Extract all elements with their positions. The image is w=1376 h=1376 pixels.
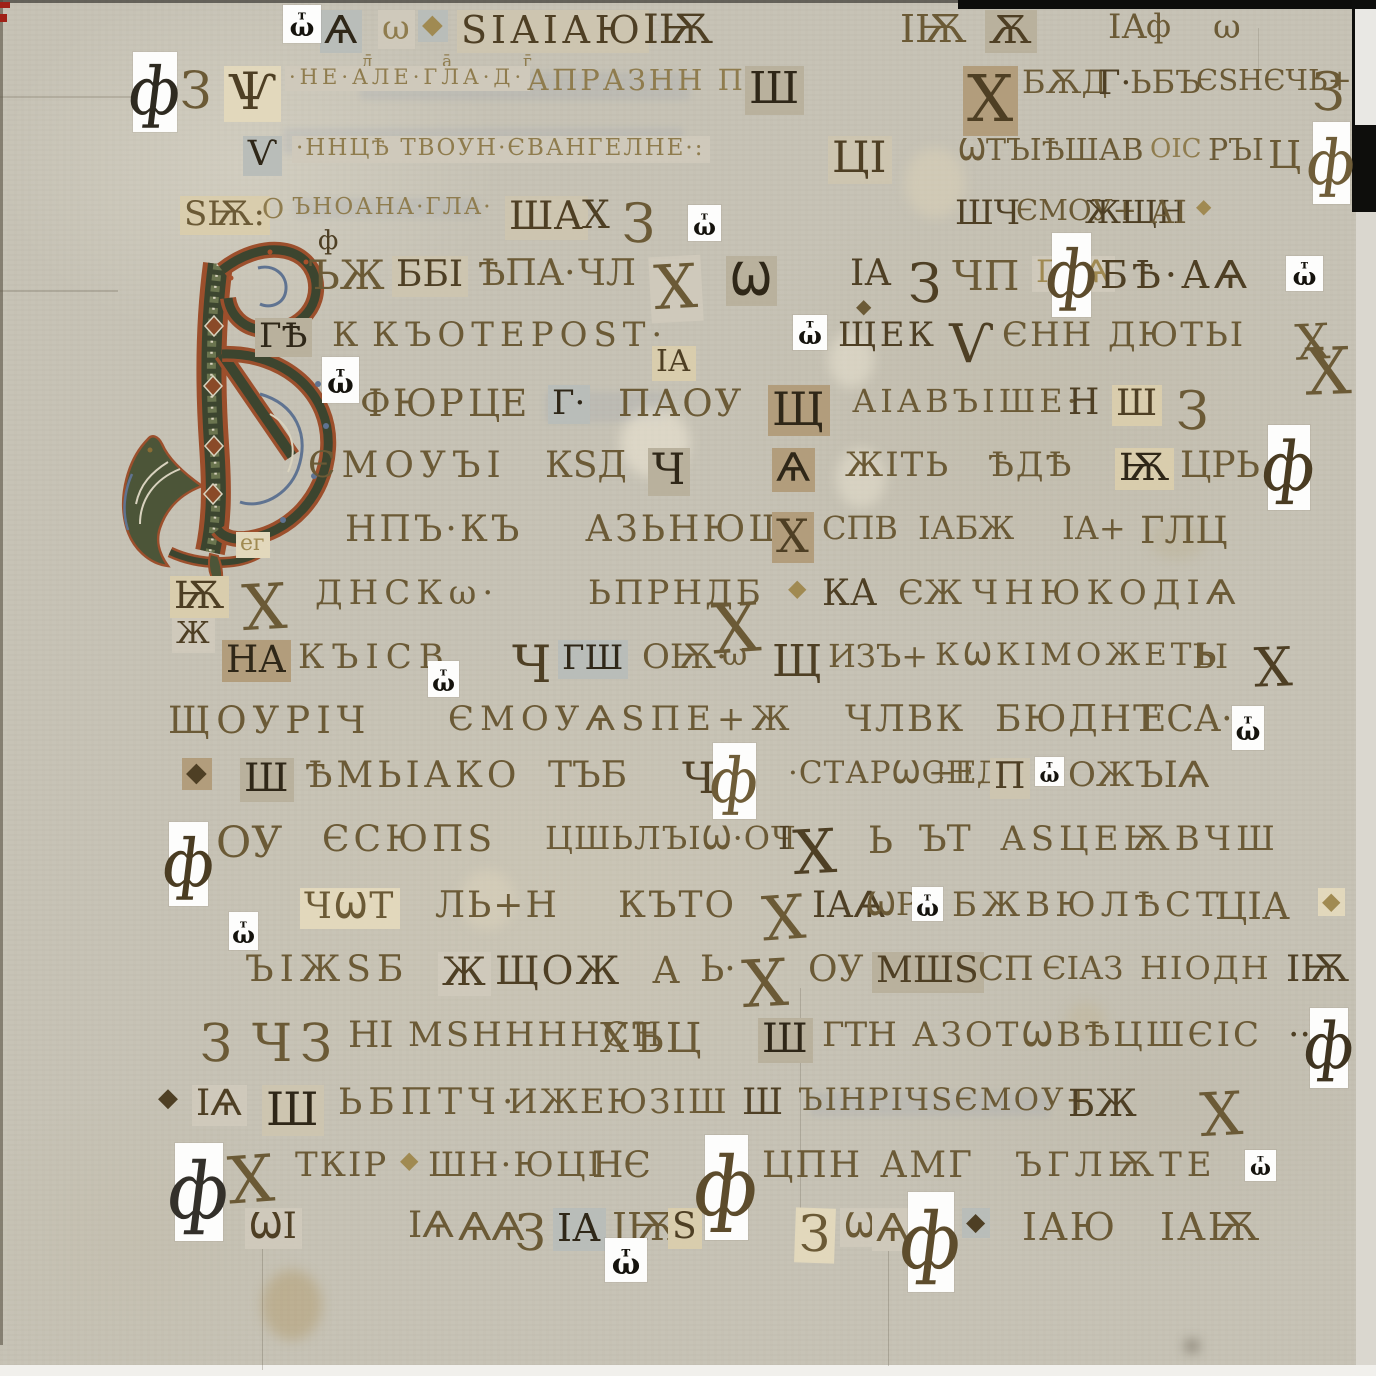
letter-fragment: Х <box>1198 1084 1244 1147</box>
fert-letter-icon: ф <box>159 834 218 893</box>
left-edge-line <box>0 0 3 1345</box>
letter-fragment: З <box>179 65 213 119</box>
fert-letter-icon: ф <box>1300 1019 1357 1077</box>
letter-fragment: ѠІ <box>245 1208 302 1249</box>
letter-fragment: З <box>299 1017 333 1071</box>
letter-fragment: ЪТ <box>918 822 971 859</box>
letter-fragment: ЧНЮКОДІѦ <box>972 576 1242 611</box>
crease-h-2 <box>0 290 118 292</box>
letter-fragment: Г· <box>1098 66 1131 101</box>
letter-fragment: ЩЕК <box>838 318 937 353</box>
pasted-omega-titlo-glyph: тω <box>605 1238 647 1282</box>
letter-fragment: ◆ <box>400 1148 418 1172</box>
letter-fragment: ◆ <box>418 10 448 42</box>
letter-fragment: ЦПН <box>762 1148 862 1185</box>
letter-fragment: ЪІЖЅБ <box>245 952 409 989</box>
omega-titlo-icon: тω <box>1040 762 1060 781</box>
letter-fragment: З <box>1311 65 1346 120</box>
letter-fragment: Ч <box>252 1018 292 1071</box>
letter-fragment: ѠТЪІѢШАВ <box>958 136 1144 167</box>
letter-fragment: ІѬ <box>900 10 967 49</box>
letter-fragment: ω <box>1213 10 1241 45</box>
letter-fragment: БЮДНТ <box>995 702 1159 739</box>
letter-fragment: ЬБПТЧ· <box>338 1085 519 1122</box>
pasted-fert-glyph: ф <box>713 743 756 819</box>
letter-fragment: ѢПА· <box>478 256 576 293</box>
letter-fragment: ЄСЮПЅ <box>322 822 496 859</box>
letter-fragment: БЖ <box>1068 1085 1137 1123</box>
letter-fragment: ·НЕ·АЛЕ·ГЛА·Д· <box>285 66 530 91</box>
crease-h-1 <box>0 96 140 98</box>
letter-fragment: ОѬ· <box>642 640 727 675</box>
pasted-fert-glyph: ф <box>705 1135 748 1240</box>
fert-letter-icon: ф <box>1259 437 1320 498</box>
letter-fragment: Ш <box>1112 385 1162 426</box>
letter-fragment: ЄМОУЪІ <box>308 448 507 485</box>
letter-fragment: ◆ <box>962 1208 990 1238</box>
pasted-fert-glyph: ф <box>133 52 177 132</box>
letter-fragment: АІАВЪІШЕ· <box>852 385 1081 418</box>
omega-titlo-icon: тω <box>432 669 455 690</box>
right-white-patch <box>1355 9 1376 125</box>
letter-fragment: З <box>621 195 657 252</box>
letter-fragment: ІА+ <box>1062 512 1126 545</box>
pasted-omega-titlo-glyph: тω <box>1245 1150 1276 1181</box>
letter-fragment: РЪІ <box>1208 136 1264 167</box>
letter-fragment: ІА <box>850 256 891 293</box>
pasted-omega-titlo-glyph: тω <box>688 205 721 241</box>
letter-fragment: Ш <box>758 1018 813 1063</box>
pasted-omega-titlo-glyph: тω <box>322 357 359 403</box>
parchment-stain-0 <box>262 1270 322 1340</box>
letter-fragment: ω <box>378 10 415 49</box>
letter-fragment: НІ <box>348 1018 394 1055</box>
letter-fragment: ЅІАІАЮ <box>457 10 649 53</box>
letter-fragment: ОУ <box>216 822 282 866</box>
letter-fragment: З <box>794 1207 836 1263</box>
letter-fragment: НІОДН <box>1140 952 1271 985</box>
letter-fragment: ЦШЬЛЪІѠ·ОЧ <box>545 822 797 855</box>
letter-fragment: ІАЮ <box>1022 1208 1117 1247</box>
letter-fragment: І <box>778 822 791 855</box>
letter-fragment: Н <box>1068 385 1099 422</box>
letter-fragment: Ш <box>262 1085 324 1136</box>
letter-fragment: ИЗЪ+ <box>828 640 928 673</box>
letter-fragment: АМГ <box>880 1148 974 1185</box>
letter-fragment: Ѵ <box>243 136 282 176</box>
letter-fragment: ПАОУ <box>618 385 743 423</box>
letter-fragment: ◆ <box>182 758 212 790</box>
letter-fragment: ЦЕ <box>468 385 527 423</box>
letter-fragment: ЪІНРІЧЅЄМОУ+ <box>798 1085 1093 1117</box>
letter-fragment: ω <box>722 640 747 672</box>
letter-fragment: ЅѬ: <box>180 196 270 235</box>
letter-fragment: ег <box>236 532 270 558</box>
letter-fragment: ДЮТЬІ <box>1108 318 1245 353</box>
pasted-omega-titlo-glyph: тω <box>1232 706 1264 750</box>
letter-fragment: ББІ <box>392 256 468 297</box>
letter-fragment: СПВ <box>822 512 898 545</box>
letter-fragment: ТЪБ <box>548 758 627 795</box>
letter-fragment: КЪОТЕРОЅТ· <box>372 318 668 353</box>
letter-fragment: ф <box>318 228 338 255</box>
letter-fragment: ІАБЖ <box>918 512 1014 545</box>
pasted-omega-titlo-glyph: тω <box>912 887 943 921</box>
letter-fragment: Х <box>1304 339 1353 407</box>
fert-letter-icon: ф <box>126 62 185 121</box>
letter-fragment: ГѢ <box>255 318 312 357</box>
letter-fragment: ф <box>1146 10 1171 43</box>
letter-fragment: ЦІА <box>1215 888 1290 926</box>
letter-fragment: ІѦ <box>408 1208 454 1245</box>
bottom-white-strip <box>0 1365 1376 1376</box>
letter-fragment: З <box>199 1017 234 1072</box>
letter-fragment: БЖВЮЛѢСТ <box>952 888 1224 923</box>
fert-letter-icon: ф <box>896 1207 966 1277</box>
letter-fragment: ЪНОАНА·ГЛА· <box>292 196 493 219</box>
ruling-v-3 <box>888 1238 889 1366</box>
letter-fragment: Ѱ <box>224 66 281 122</box>
pasted-fert-glyph: ф <box>1052 233 1091 317</box>
omega-titlo-icon: тω <box>290 12 315 35</box>
letter-fragment: ІАѬ <box>1160 1208 1261 1247</box>
letter-fragment: Х <box>648 255 704 324</box>
letter-fragment: ІѦ <box>192 1085 247 1126</box>
letter-fragment: ЛЬ+Н <box>435 888 559 925</box>
letter-fragment: ГТН <box>822 1018 897 1053</box>
letter-fragment: П <box>990 758 1030 799</box>
fert-letter-icon: ф <box>1304 135 1359 191</box>
letter-fragment: ◆ <box>856 296 871 316</box>
letter-fragment: ГЛЦ <box>1140 512 1228 550</box>
letter-fragment: КѠКІМОЖЕТЬ <box>935 640 1220 672</box>
letter-fragment: ІА <box>553 1208 606 1251</box>
letter-fragment: НЄ <box>592 1148 651 1185</box>
letter-fragment: ◆ <box>788 576 806 600</box>
letter-fragment: ЬБЪ <box>1130 66 1201 99</box>
fert-letter-icon: ф <box>707 753 762 809</box>
letter-fragment: А <box>652 952 680 990</box>
letter-fragment: Х <box>760 887 808 952</box>
letter-fragment: Х <box>240 575 288 642</box>
letter-fragment: Ь <box>868 822 893 860</box>
letter-fragment: ЪГЛѬТЕ <box>1015 1148 1217 1183</box>
letter-fragment: ІА <box>652 346 696 381</box>
letter-fragment: Ж <box>438 952 491 996</box>
letter-fragment: ФЮР <box>360 385 466 423</box>
manuscript-page: Ѧω◆ЅІАІАЮІѬІѬѪІАфωд̄а̄г̄ЗѰ·НЕ·АЛЕ·ГЛА·Д·… <box>0 0 1376 1376</box>
letter-fragment: Х <box>1253 639 1293 695</box>
red-mark-1 <box>0 2 10 8</box>
omega-titlo-icon: тω <box>916 894 939 915</box>
letter-fragment: ОЖ <box>1068 758 1134 793</box>
letter-fragment: ◆ <box>158 1085 178 1112</box>
letter-fragment: ◆ <box>1196 196 1211 216</box>
letter-fragment: ѠР <box>866 888 917 921</box>
letter-fragment: МШЅ <box>872 952 984 993</box>
pasted-fert-glyph: ф <box>1313 122 1350 204</box>
pasted-omega-titlo-glyph: тω <box>428 661 459 697</box>
omega-titlo-icon: тω <box>798 321 822 343</box>
letter-fragment: ІѬ <box>1286 952 1349 989</box>
letter-fragment: Щ <box>772 640 822 685</box>
letter-fragment: Ѫ <box>985 10 1037 53</box>
letter-fragment: Ч <box>512 640 551 692</box>
letter-fragment: З <box>907 255 943 311</box>
letter-fragment: З <box>514 1207 548 1260</box>
letter-fragment: К <box>332 318 358 353</box>
pasted-omega-titlo-glyph: тω <box>793 315 827 350</box>
pasted-fert-glyph: ф <box>1310 1008 1348 1088</box>
letter-fragment: ІА <box>1108 10 1147 45</box>
pasted-omega-titlo-glyph: тω <box>229 912 258 950</box>
letter-fragment: ШН·ЮЦІ <box>428 1148 603 1183</box>
fert-letter-icon: ф <box>1042 245 1101 304</box>
letter-fragment: Ч <box>648 448 690 496</box>
letter-fragment: СП <box>978 952 1034 987</box>
right-light-edge <box>1356 212 1376 1376</box>
letter-fragment: ГШ <box>558 640 628 679</box>
letter-fragment: ЄНН <box>1002 318 1093 353</box>
letter-fragment: ШЧ <box>955 196 1020 231</box>
parchment-stain-8 <box>1185 1340 1199 1352</box>
letter-fragment: Щ <box>768 385 830 436</box>
letter-fragment: ЬІ <box>1192 640 1228 675</box>
letter-fragment: ЧП <box>952 256 1019 298</box>
letter-fragment: БѪД <box>1022 66 1107 99</box>
letter-fragment: АЗЬНЮШ <box>585 512 792 549</box>
letter-fragment: ЕСА· <box>1140 702 1233 739</box>
letter-fragment: ѢМЬІАКО <box>305 758 520 795</box>
letter-fragment: Ш <box>240 758 294 802</box>
pasted-fert-glyph: ф <box>1268 425 1310 510</box>
letter-fragment: ОІС <box>1150 136 1201 163</box>
omega-titlo-icon: тω <box>1250 1156 1271 1175</box>
letter-fragment: Ѭ <box>1115 448 1174 490</box>
letter-fragment: НПЪ·КЪ <box>345 512 522 549</box>
letter-fragment: Х <box>740 951 790 1020</box>
red-mark-2 <box>0 14 7 22</box>
letter-fragment: ЦРЬ <box>1180 448 1260 485</box>
omega-titlo-icon: тω <box>1293 262 1317 284</box>
letter-fragment: ЧѠТ <box>300 888 400 929</box>
letter-fragment: Х <box>582 196 610 236</box>
pasted-omega-titlo-glyph: тω <box>283 5 321 43</box>
letter-fragment: ІѬ <box>643 10 713 51</box>
letter-fragment: ЦІ <box>828 136 892 184</box>
letter-fragment: НА <box>222 640 291 682</box>
letter-fragment: ЄІАЗ <box>1042 952 1123 985</box>
letter-fragment: ША <box>505 196 588 240</box>
letter-fragment: КЅД <box>545 448 627 485</box>
letter-fragment: Х <box>791 821 838 885</box>
pasted-omega-titlo-glyph: тω <box>1035 757 1064 786</box>
fert-letter-icon: ф <box>690 1151 763 1225</box>
letter-fragment: О <box>262 196 284 224</box>
letter-fragment: ИЖЕЮЗІШ <box>508 1085 729 1120</box>
letter-fragment: Ш <box>742 1085 783 1122</box>
letter-fragment: Ь· <box>700 952 736 989</box>
letter-fragment: Ш <box>745 66 804 115</box>
letter-fragment: ДНСКω· <box>315 576 499 611</box>
letter-fragment: Х <box>963 66 1018 136</box>
letter-fragment: АЗОТѠВѢЦШЄІС <box>912 1018 1262 1053</box>
letter-fragment: БѢ·АѦ <box>1100 256 1251 295</box>
letter-fragment: ЖІТЬ <box>845 448 950 483</box>
letter-fragment: ОУ <box>808 952 864 989</box>
letter-fragment: ѢДѢ <box>988 448 1073 483</box>
letter-fragment: ЪЖ <box>308 256 385 297</box>
letter-fragment: КЪТО <box>618 888 736 925</box>
letter-fragment: Ж <box>172 618 215 653</box>
letter-fragment: ЧЛВК <box>845 702 965 739</box>
letter-fragment: З <box>1175 384 1211 440</box>
letter-fragment: ЩОУРІЧ <box>168 702 371 740</box>
pasted-fert-glyph: ф <box>908 1192 954 1292</box>
letter-fragment: Ѭ <box>170 576 229 618</box>
fert-letter-icon: ф <box>164 1157 234 1227</box>
letter-fragment: ЧЛ <box>578 256 636 293</box>
letter-fragment: ЄЖ <box>898 576 962 611</box>
omega-titlo-icon: тω <box>1236 716 1261 739</box>
letter-fragment: Г· <box>548 385 590 424</box>
pasted-fert-glyph: ф <box>175 1143 223 1241</box>
letter-fragment: АЅЦЕѬВЧШ <box>1000 822 1280 857</box>
letter-fragment: Ѧ <box>772 448 815 492</box>
letter-fragment: Ѡ <box>726 256 777 306</box>
letter-fragment: ХЪЦ <box>600 1018 704 1060</box>
letter-fragment: ТКІР <box>295 1148 388 1183</box>
letter-fragment: КА <box>822 576 877 613</box>
omega-titlo-icon: тω <box>232 921 255 942</box>
letter-fragment: Ѧ <box>320 10 362 53</box>
letter-fragment: АІ <box>1150 196 1187 229</box>
letter-fragment: ЪІѦ <box>1135 758 1209 795</box>
letter-fragment: Ѵ <box>948 318 994 372</box>
omega-titlo-icon: тω <box>612 1247 641 1274</box>
letter-fragment: Ц <box>1268 136 1301 175</box>
omega-titlo-icon: тω <box>327 368 354 393</box>
letter-fragment: ЄМОУѦЅПЕ+Ж <box>448 702 796 737</box>
letter-fragment: ЩОЖ <box>495 952 621 992</box>
pasted-omega-titlo-glyph: тω <box>1286 256 1323 291</box>
letter-fragment: ·ННЦѢ ТВОУН·ЄВАНГЕЛНЕ·: <box>292 136 710 163</box>
omega-titlo-icon: тω <box>693 213 716 234</box>
letter-fragment: Х <box>772 512 814 563</box>
letter-fragment: АПРАЗНН ПѢ <box>527 66 771 96</box>
letter-fragment: ◆ <box>1318 888 1345 916</box>
pasted-fert-glyph: ф <box>169 822 208 906</box>
